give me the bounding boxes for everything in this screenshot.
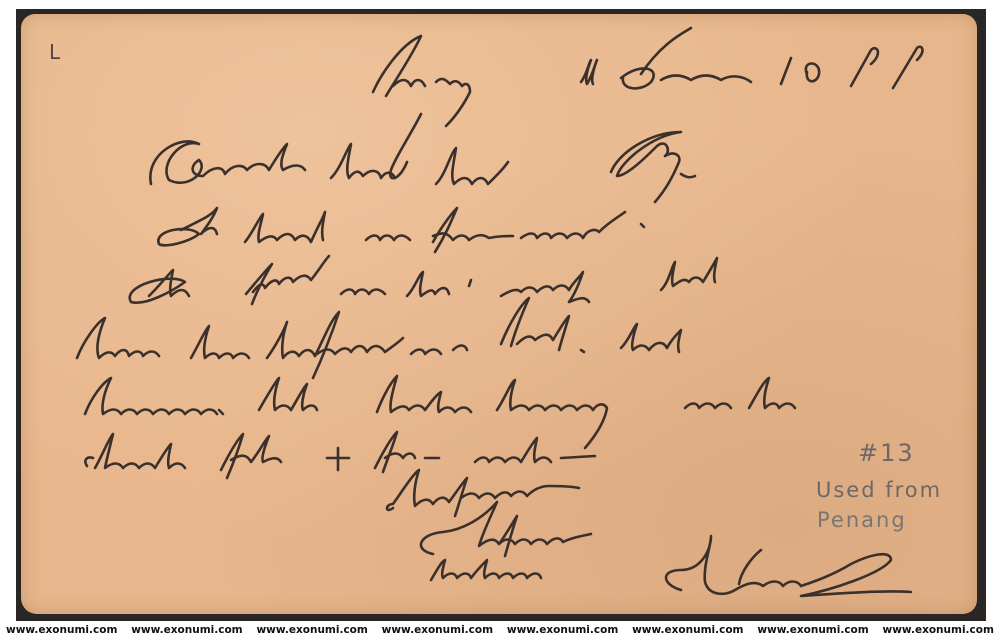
usage-note-place: Penang: [817, 508, 907, 532]
watermark-text: www.exonumi.com: [632, 624, 743, 639]
usage-note: Used from: [816, 478, 942, 502]
catalog-number: #13: [858, 439, 915, 467]
watermark-text: www.exonumi.com: [757, 624, 868, 639]
watermark-footer: www.exonumi.com www.exonumi.com www.exon…: [0, 624, 1000, 639]
watermark-text: www.exonumi.com: [256, 624, 367, 639]
watermark-text: www.exonumi.com: [507, 624, 618, 639]
watermark-text: www.exonumi.com: [883, 624, 994, 639]
watermark-text: www.exonumi.com: [382, 624, 493, 639]
postcard: L: [21, 14, 977, 614]
watermark-text: www.exonumi.com: [6, 624, 117, 639]
watermark-text: www.exonumi.com: [131, 624, 242, 639]
